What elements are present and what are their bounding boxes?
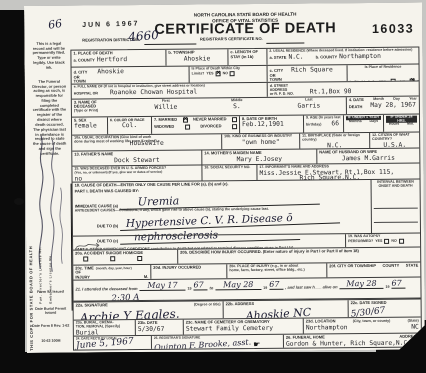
handwritten-scrawl [31,124,68,274]
field-burial-type: 23a. BURIAL, CREMA- TION, REMOVAL (Speci… [74,320,136,335]
field-under-one-year: IF UNDER 1 YEAR Months Days [344,114,384,132]
death-city-limits-q2: Limits? [192,72,205,76]
attended-text3: , and last saw h___ alive on [285,285,337,290]
divorced-label: DIVORCED [200,124,221,129]
scan-border-bottom [0,352,426,373]
residence-county-label: b. COUNTY [316,55,338,60]
interval-label2: ONSET AND DEATH [373,185,419,189]
cemetery-value: Stewart Family Cemetery [186,324,301,332]
last-seen-year: 67 [391,279,405,289]
field-residence-limits-farm: Is Place of Residence In City Limits? YE… [348,64,419,81]
checkbox-widowed [185,124,190,129]
street-label3: or R. F. D. NO. [270,92,294,96]
days-label: Days [370,119,379,123]
field-armed-forces: 15. WAS DECEASED EVER IN U. S. ARMED FOR… [72,166,202,182]
residence-county-value: Northampton [339,53,381,60]
widowed-label: WIDOWED [154,125,174,130]
row-registrar: 24. DATE REC'D BY LOCAL June 5, 1967 25.… [74,334,421,350]
checkbox-death-limits-no [230,71,235,76]
business-value: "own home" [224,139,297,147]
township-value: Ahoskie [168,55,225,62]
checkbox-autopsy-no [399,238,404,243]
funeral-home-value: Gordon & Hunter, Rich Square,N.C. [286,339,419,347]
field-hospital: e. FULL NAME OF (If not in hospital or i… [72,83,268,99]
field-usual-residence: 2. USUAL RESIDENCE (Where deceased lived… [267,48,418,65]
attended-from-date: May 17 [139,281,185,291]
field-date-signed: 22c. DATE SIGNED 5/30/67 [349,300,421,318]
field-residence-city: c. CITY Rich Square OR TOWN [268,65,348,82]
due-to-b-label: DUE TO (b) [97,224,118,229]
cause-of-death-block: 18. CAUSE OF DEATH—ENTER ONLY ONE CAUSE … [73,180,421,251]
autopsy-yes-label: YES [375,240,382,244]
field-occupation: 10a. USUAL OCCUPATION (Give kind of work… [72,135,222,151]
field-describe-injury: 20b. DESCRIBE HOW INJURY OCCURRED. (Ente… [178,247,420,263]
year-prefix2: 19 [263,286,267,290]
date-of-death-value: May 28, 1967 [370,102,416,109]
field-township: b. TOWNSHIP Ahoskie [166,49,228,65]
death-limits-yes-label: YES [206,72,213,76]
hospital-label2: HOSPITAL OR [74,92,98,96]
death-limits-no-label: NO [223,72,228,76]
checkbox-homicide [137,256,142,261]
field-mother: 14. MOTHER'S MAIDEN NAME Mary E.Josey [202,150,317,165]
margin-note-legal: This is a legal record and will be perma… [31,42,66,71]
residence-city-value: Rich Square [291,66,333,73]
certificate-number: 16033 [372,22,414,36]
hospital-value: Roanoke Chowan Hospital [110,88,197,96]
burial-type-value: Burial [76,329,133,335]
field-informant: 17. INFORMANT'S NAME AND ADDRESS Miss.Je… [257,164,419,180]
scan-ink-blot [14,198,24,205]
burial-date-value: 5/30/67 [138,325,181,332]
field-date-of-birth: 8. DATE OF BIRTH Feb.12,1901 [240,115,304,133]
margin-note-funeral-director: The Funeral Director, or person acting a… [32,80,67,128]
dob-value: Feb.12,1901 [242,121,301,129]
pointing-hand-icon: ☛ [253,340,260,349]
injury-city-label: 20f. CITY OR TOWNSHIP [329,264,376,269]
margin-burial-permit: Date Burial Permit Issued [31,307,71,316]
checkbox-death-limits-yes [216,71,221,76]
months-label: Months [349,120,362,124]
field-age: 9. AGE (In years last birthday) 66 [304,115,344,133]
field-first-name: First Willie [130,98,202,116]
certificate-document: THIS COPY FOR STATE BOARD OF HEALTH 66 T… [24,3,425,353]
interval-column: INTERVAL BETWEEN ONSET AND DEATH [371,180,420,234]
field-physician-address: 22b. ADDRESS Ahoskie NC [224,301,349,319]
field-length-of-stay: c. LENGTH OF STAY (in 1b) [228,49,267,65]
field-business: 10b. KIND OF BUSINESS OR INDUSTRY "own h… [222,134,300,150]
field-marital-status: 7. MARRIED NEVER MARRIED WIDOWED DIVORCE… [152,116,240,135]
married-label: 7. MARRIED [154,118,177,123]
county-value: Hertford [97,56,127,63]
field-cemetery: 23c. NAME OF CEMETERY OR CREMATORY Stewa… [184,319,304,335]
never-married-label: NEVER MARRIED [193,117,227,122]
location-note: (City, town, or county) [353,320,391,324]
field-injury-city-county-state: 20f. CITY OR TOWNSHIP COUNTY STATE [327,262,420,278]
field-last-name: Last Garris [272,97,347,115]
margin-form-rev: Date Form 8 Rev. 1-62 [31,324,71,329]
field-ssn: 16. SOCIAL SECURITY NO. [202,165,257,180]
field-death-city-limits: Is Place of Death Within City Limits? YE… [190,66,268,83]
attended-to-date: May 28 [215,280,261,290]
injury-county-label: COUNTY [382,263,399,268]
location-value: Northampton [306,324,348,331]
hours-label: Hours [389,123,399,127]
margin-form9a: Form 9A Issued [30,290,70,295]
field-county-of-death: 1. PLACE OF DEATH a. COUNTY Hertford [71,50,166,67]
signature-label: 22a. SIGNATURE [76,304,108,309]
checkbox-accident [83,257,88,262]
field-burial-location: 23d. LOCATION (City, town, or county) (S… [304,318,421,334]
county-label: a. COUNTY [73,58,94,63]
field-date-of-death: 4. DATE Month Day Year DEATH May 28, 196… [347,96,419,114]
location-state-value: NC [411,323,419,330]
length-of-stay-label2: STAY (in 1b) [230,54,264,59]
accident-label: 20a. ACCIDENT SUICIDE HOMICIDE [75,250,175,255]
checkbox-never-married [232,117,237,122]
field-registrar-signature: 25. REGISTRAR'S SIGNATURE Quinton F. Bro… [152,335,284,349]
part2-scrawl [75,241,105,249]
checkbox-autopsy-yes [384,238,389,243]
scan-border-left [0,10,25,373]
time-of-injury-note: (month, day, year, hour) [96,267,132,271]
row-attended: 21. I attended the deceased from May 17 … [73,278,420,302]
middle-name-value: S. [204,102,270,110]
field-spouse: NAME OF HUSBAND OR WIFE James M.Garris [317,149,419,164]
checkbox-divorced [232,124,237,129]
attended-from-year: 67 [193,281,207,291]
field-street-address: d. STREET ADDRESS or R. F. D. NO. Rt.1,B… [268,81,419,96]
year-prefix3: 19 [386,285,390,289]
field-accident-suicide-homicide: 20a. ACCIDENT SUICIDE HOMICIDE [73,249,178,264]
attended-text1: 21. I attended the deceased from [75,287,137,292]
sex-value: female [74,122,105,129]
field-father: 13. FATHER'S NAME Dock Stewart [72,151,202,166]
mother-value: Mary E.Josey [204,155,314,163]
field-race: 6. COLOR OR RACE Col. [108,116,152,134]
license-label-funeral-director: Fun. Director's License No. [38,258,42,304]
reg-cert-blank [267,37,305,44]
field-injury-occurred: 20d. INJURY OCCURRED WHILE AT WORK NOT W… [151,264,227,280]
place-of-injury-label2: home, farm, factory, street, office bldg… [229,268,324,273]
field-place-of-injury: 20e. PLACE OF INJURY (e.g., in or about … [227,263,327,279]
injury-state-label: STATE [406,263,419,268]
describe-injury-label: 20b. DESCRIBE HOW INJURY OCCURRED. (Ente… [180,248,418,255]
residence-state-label: a. STATE [269,56,286,61]
field-citizen: 12. CITIZEN OF WHAT COUNTRY? U.S.A. [370,133,419,148]
first-name-value: Willie [132,103,200,111]
field-sex: 5. SEX female [72,117,108,135]
registration-line: REGISTRATION DISTRICT NO. REGISTRAR'S CE… [82,37,304,46]
field-funeral-home: 26. FUNERAL HOME ADDRESS Gordon & Hunter… [284,334,421,348]
checkbox-suicide [110,256,115,261]
interval-rule-a [374,208,418,209]
age-value: 66 [331,120,339,127]
registration-district-value: 4660 [128,28,160,44]
margin-handwritten-code: 66 [47,17,63,32]
form-area: JUN 6 1967 NORTH CAROLINA STATE BOARD OF… [70,3,423,353]
autopsy-no-label: NO [391,239,396,243]
field-birthplace: 11. BIRTHPLACE (State or foreign country… [300,133,370,149]
field-autopsy: 19. WAS AUTOPSY PERFORMED? YES NO [346,233,420,247]
time-m-label: M. [144,275,148,280]
residence-state-value: N.C. [288,53,303,60]
year-prefix1: 19 [187,287,191,291]
field-under-24-hours: IF UNDER 24 HRS. Hours Min. [384,114,419,132]
citizen-value: U.S.A. [372,142,417,148]
birthplace-value: N.C. [302,142,367,149]
autopsy-label2: PERFORMED? [348,240,373,244]
min-label: Min. [407,123,414,127]
margin-print-code: 10-63 100M [31,339,71,344]
field-signature: 22a. SIGNATURE (Degree or title) Archie … [74,302,224,320]
reg-cert-label: REGISTRAR'S CERTIFICATE NO. [200,37,263,45]
field-middle-name: Middle S. [202,98,272,115]
scanned-death-certificate: THIS COPY FOR STATE BOARD OF HEALTH 66 T… [0,0,426,373]
interval-rule-b [374,222,418,223]
field-city-of-death: d. CITY Ahoskie OR TOWN [72,66,190,83]
date-of-death-label2: DEATH [349,105,363,110]
checkbox-married [183,117,188,122]
ssn-label: 16. SOCIAL SECURITY NO. [204,166,254,170]
form-grid: 1. PLACE OF DEATH a. COUNTY Hertford b. … [70,47,422,351]
last-seen-date: May 28 [339,279,383,289]
race-value: Col. [110,122,149,129]
left-margin-column: THIS COPY FOR STATE BOARD OF HEALTH 66 T… [24,6,73,353]
street-value: Rt.1,Box 90 [310,88,352,95]
age-label2: birthday) [306,123,321,127]
field-time-of-injury: 20c. TIME (month, day, year, hour) OF IN… [73,264,151,280]
type-or-print-note: (Type or Print) [74,109,128,113]
license-label-embalmer: Embalmer's License No. [48,258,52,304]
city-value: Ahoskie [97,68,124,75]
last-name-value: Garris [274,102,344,110]
field-name-label: 3. NAME OF DECEASED (Type or Print) [72,99,130,116]
attended-text2: to [209,286,213,290]
father-value: Dock Stewart [74,156,199,164]
spouse-value: James M.Garris [319,154,417,162]
date-of-death-label: 4. DATE [349,98,364,103]
residence-city-label-town: TOWN [270,78,345,82]
field-burial-date: 23b. DATE 5/30/67 [136,320,184,335]
attended-to-year: 67 [269,280,283,290]
armed-forces-value: no [74,174,199,182]
field-date-received: 24. DATE REC'D BY LOCAL June 5, 1967 [74,336,152,350]
time-of-injury-injury: INJURY [75,275,90,280]
